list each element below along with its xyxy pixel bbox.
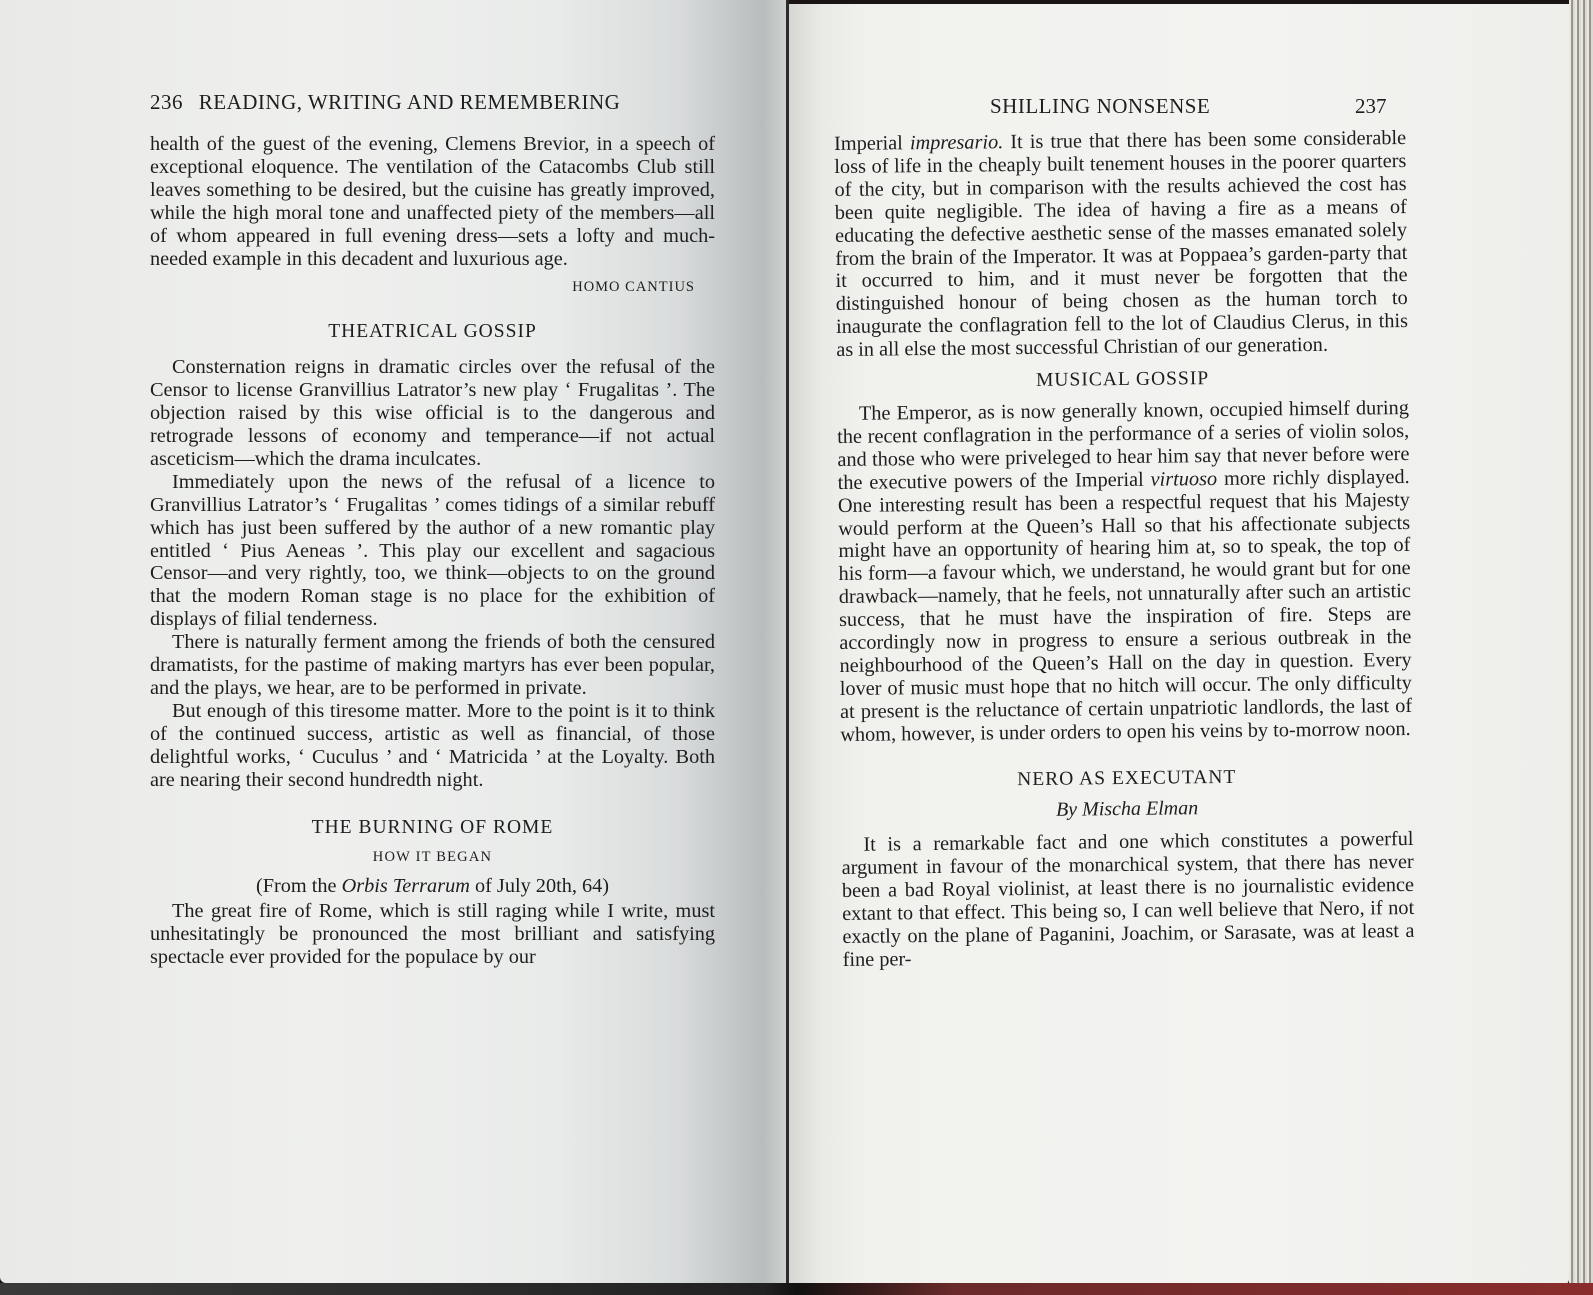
burning-paragraph: The great fire of Rome, which is still r… [150,900,715,969]
left-text-column: health of the guest of the evening, Clem… [150,133,715,969]
source-line: (From the Orbis Terrarum of July 20th, 6… [150,875,715,898]
musical-gossip-heading: MUSICAL GOSSIP [837,366,1409,395]
byline: By Mischa Elman [841,795,1413,824]
book-gutter [786,0,789,1283]
nero-paragraph: It is a remarkable fact and one which co… [841,828,1414,971]
source-suffix: of July 20th, 64) [470,875,609,897]
right-page-number: 237 [1355,94,1387,119]
continuation-italic: impresario. [910,131,1004,154]
continuation-paragraph: Imperial impresario. It is true that the… [834,127,1408,362]
left-running-head: 236 READING, WRITING AND REMEMBERING [150,90,620,115]
book-spread: 236 READING, WRITING AND REMEMBERING hea… [0,0,1593,1295]
nero-heading: NERO AS EXECUTANT [841,765,1413,794]
left-page-number: 236 [150,90,183,114]
continuation-rest: It is true that there has been some cons… [834,127,1408,361]
intro-paragraph: health of the guest of the evening, Clem… [150,133,715,270]
continuation-lead: Imperial [834,132,910,155]
right-running-title: SHILLING NONSENSE [990,94,1210,119]
source-title: Orbis Terrarum [342,875,470,897]
theatrical-paragraph-4: But enough of this tiresome matter. More… [150,700,715,792]
page-edges [1569,0,1593,1295]
theatrical-paragraph-3: There is naturally ferment among the fri… [150,631,715,700]
right-text-column: Imperial impresario. It is true that the… [834,127,1415,972]
theatrical-paragraph-2: Immediately upon the news of the refusal… [150,471,715,631]
theatrical-gossip-heading: THEATRICAL GOSSIP [150,321,715,344]
musical-italic: virtuoso [1150,468,1217,491]
book-cover-edge [0,1283,1593,1295]
left-running-title: READING, WRITING AND REMEMBERING [199,90,621,114]
burning-of-rome-heading: THE BURNING OF ROME [150,817,715,840]
musical-paragraph: The Emperor, as is now generally known, … [837,397,1413,747]
signature: HOMO CANTIUS [150,276,695,299]
theatrical-paragraph-1: Consternation reigns in dramatic circles… [150,356,715,471]
how-it-began-subheading: HOW IT BEGAN [150,846,715,869]
musical-part-2: more richly displayed. One interesting r… [838,466,1412,746]
source-prefix: (From the [256,875,342,897]
